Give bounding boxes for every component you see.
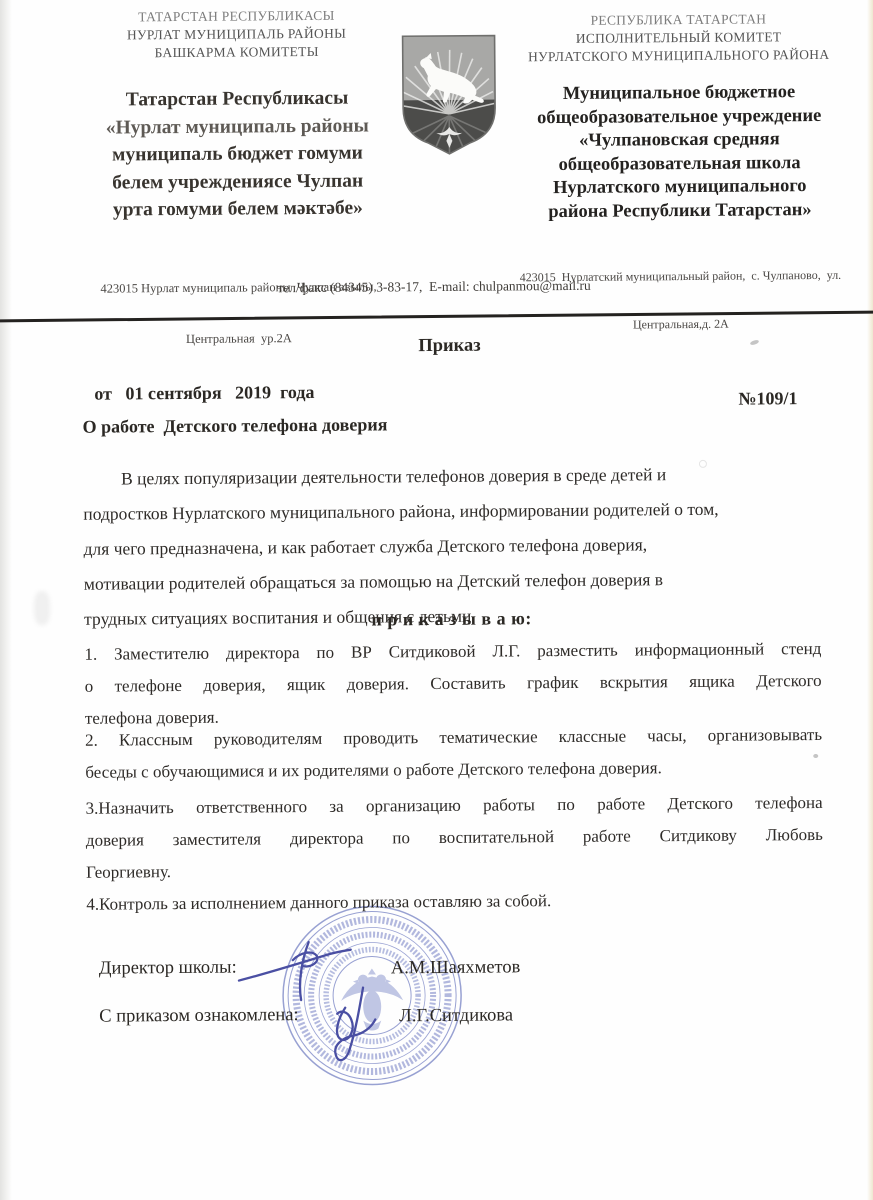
letterhead-left-tatar: ТАТАРСТАН РЕСПУБЛИКАСЫ НУРЛАТ МУНИЦИПАЛЬ… — [77, 6, 398, 382]
director-label: Директор школы: — [99, 958, 237, 979]
org-line: общеобразовательная школа — [493, 151, 865, 177]
org-line: Нурлатского муниципального — [494, 175, 866, 201]
preamble-line: В целях популяризации деятельности телеф… — [83, 456, 823, 497]
item-line: доверия заместителя директора по воспита… — [86, 819, 823, 857]
scan-artifact — [34, 591, 50, 625]
dept-name-russian: РЕСПУБЛИКА ТАТАРСТАН ИСПОЛНИТЕЛЬНЫЙ КОМИ… — [492, 10, 864, 67]
org-line: района Республики Татарстан» — [494, 198, 866, 224]
signature-row-deputy: С приказом ознакомлена: Л.Г.Ситдикова — [99, 1001, 799, 1027]
item-line: 2. Классным руководителям проводить тема… — [85, 719, 822, 757]
dept-name-tatar: ТАТАРСТАН РЕСПУБЛИКАСЫ НУРЛАТ МУНИЦИПАЛЬ… — [77, 6, 395, 62]
org-line: общеобразовательное учреждение — [493, 104, 865, 130]
org-line: «Чулпановская средняя — [493, 128, 865, 154]
scan-artifact — [813, 754, 818, 758]
org-line: муниципаль бюджет гомуми — [78, 139, 396, 169]
org-line: Татарстан Республикасы — [78, 84, 396, 114]
signature-row-director: Директор школы: А.М.Шаяхметов — [99, 953, 799, 979]
dept-line: БАШКАРМА КОМИТЕТЫ — [78, 42, 396, 62]
school-name-tatar: Татарстан Республикасы «Нурлат муниципал… — [78, 84, 397, 224]
org-line: «Нурлат муниципаль районы — [78, 112, 396, 142]
order-item-2: 2. Классным руководителям проводить тема… — [85, 719, 822, 789]
order-item-3: 3.Назначить ответственного за организаци… — [86, 787, 824, 889]
school-name-russian: Муниципальное бюджетное общеобразователь… — [493, 81, 866, 225]
org-line: Муниципальное бюджетное — [493, 81, 865, 107]
dept-line: НУРЛАТСКОГО МУНИЦИПАЛЬНОГО РАЙОНА — [493, 46, 865, 67]
item-line: о телефоне доверия, ящик доверия. Состав… — [85, 665, 822, 703]
preamble-line: мотивации родителей обращаться за помощь… — [84, 561, 824, 602]
org-line: белем учреждениясе Чулпан — [79, 167, 397, 197]
scan-artifact — [699, 460, 707, 468]
order-number: №109/1 — [738, 388, 797, 409]
document-content: ТАТАРСТАН РЕСПУБЛИКАСЫ НУРЛАТ МУНИЦИПАЛЬ… — [0, 0, 873, 1200]
handwritten-signatures — [223, 925, 424, 1087]
org-line: урта гомуми белем мәктәбе» — [79, 194, 397, 224]
preamble-line: для чего предназначена, и как работает с… — [83, 526, 823, 567]
address-tatar: 423015 Нурлат муниципаль районы Чулпан а… — [79, 244, 398, 382]
item-line: беседы с обучающимися и их родителями о … — [85, 751, 822, 789]
scanned-order-document: ТАТАРСТАН РЕСПУБЛИКАСЫ НУРЛАТ МУНИЦИПАЛЬ… — [0, 0, 873, 1200]
order-date: от 01 сентября 2019 года — [94, 382, 314, 405]
address-line: Центральная,д. 2А — [495, 315, 867, 334]
preamble-line: подростков Нурлатского муниципального ра… — [83, 491, 823, 532]
order-subject: О работе Детского телефона доверия — [83, 414, 388, 437]
nurlat-coat-of-arms-icon — [398, 31, 501, 158]
